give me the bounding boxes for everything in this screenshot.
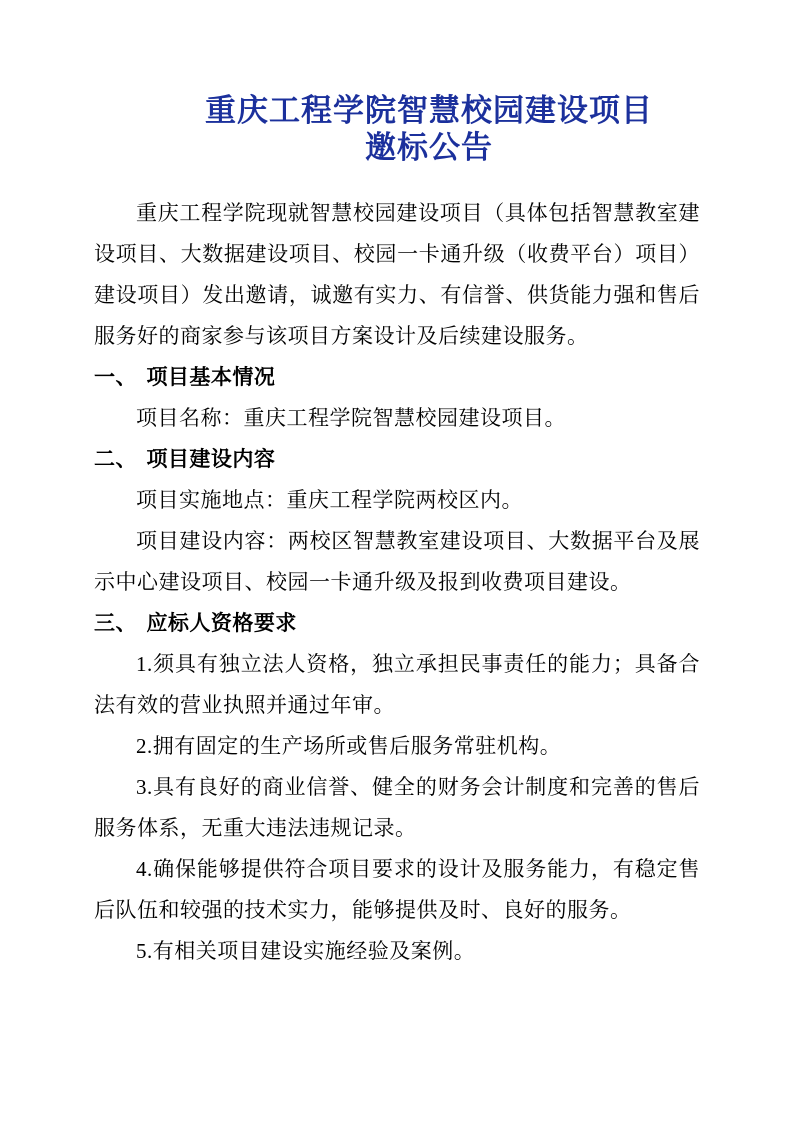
sections-container: 一、项目基本情况项目名称：重庆工程学院智慧校园建设项目。二、项目建设内容项目实施… (94, 357, 700, 972)
section-number: 三、 (94, 612, 137, 635)
section-paragraph: 2.拥有固定的生产场所或售后服务常驻机构。 (94, 726, 700, 767)
section-heading-label: 应标人资格要求 (146, 612, 297, 635)
section-paragraph: 项目名称：重庆工程学院智慧校园建设项目。 (94, 398, 700, 439)
section-paragraph: 1.须具有独立法人资格，独立承担民事责任的能力；具备合法有效的营业执照并通过年审… (94, 644, 700, 726)
document-page: 重庆工程学院智慧校园建设项目 邀标公告 重庆工程学院现就智慧校园建设项目（具体包… (0, 0, 794, 1122)
section-paragraph: 5.有相关项目建设实施经验及案例。 (94, 931, 700, 972)
intro-paragraph: 重庆工程学院现就智慧校园建设项目（具体包括智慧教室建设项目、大数据建设项目、校园… (94, 193, 700, 357)
section-paragraph: 4.确保能够提供符合项目要求的设计及服务能力，有稳定售后队伍和较强的技术实力，能… (94, 849, 700, 931)
section-heading: 二、项目建设内容 (94, 439, 700, 480)
section-number: 一、 (94, 366, 137, 389)
document-title: 重庆工程学院智慧校园建设项目 邀标公告 (94, 92, 700, 166)
section-paragraph: 项目实施地点：重庆工程学院两校区内。 (94, 480, 700, 521)
section-heading-label: 项目基本情况 (146, 366, 275, 389)
section-heading: 一、项目基本情况 (94, 357, 700, 398)
section-number: 二、 (94, 448, 137, 471)
section-heading: 三、应标人资格要求 (94, 603, 700, 644)
section-paragraph: 3.具有良好的商业信誉、健全的财务会计制度和完善的售后服务体系，无重大违法违规记… (94, 767, 700, 849)
title-line-1: 重庆工程学院智慧校园建设项目 (158, 92, 700, 129)
title-line-2: 邀标公告 (158, 129, 700, 166)
document-body: 重庆工程学院现就智慧校园建设项目（具体包括智慧教室建设项目、大数据建设项目、校园… (94, 193, 700, 972)
section-heading-label: 项目建设内容 (146, 448, 275, 471)
section-paragraph: 项目建设内容：两校区智慧教室建设项目、大数据平台及展示中心建设项目、校园一卡通升… (94, 521, 700, 603)
